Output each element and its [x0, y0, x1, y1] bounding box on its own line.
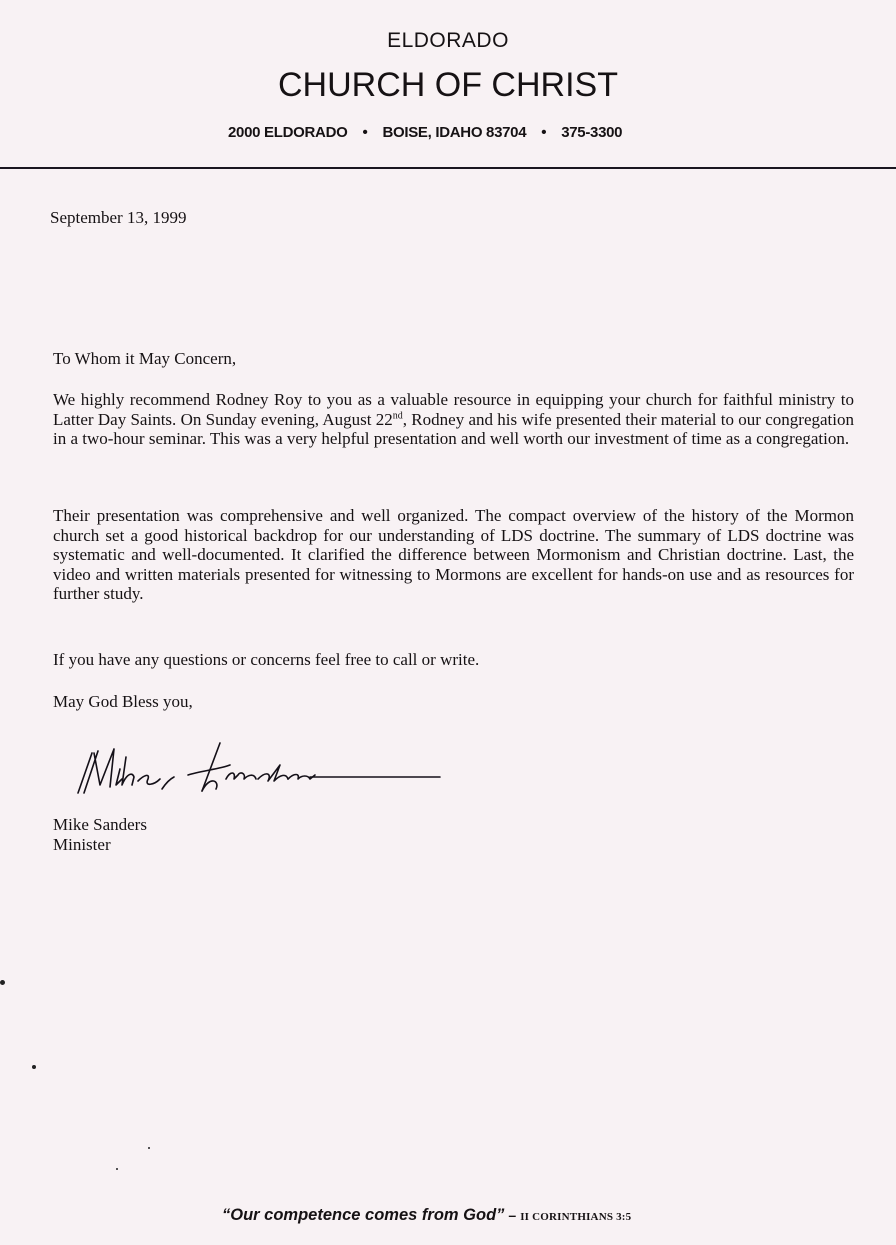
motto-dash: – [508, 1207, 516, 1223]
letterhead-church-name: CHURCH OF CHRIST [0, 66, 896, 105]
scan-speck [116, 1168, 118, 1170]
letterhead-divider [0, 167, 896, 169]
bullet-separator: • [362, 124, 367, 141]
signature-icon [70, 735, 450, 810]
ordinal-suffix: nd [393, 410, 403, 421]
paragraph-presentation: Their presentation was comprehensive and… [53, 506, 854, 604]
closing: May God Bless you, [53, 692, 854, 712]
scan-speck [0, 980, 5, 985]
paragraph-recommendation: We highly recommend Rodney Roy to you as… [53, 390, 854, 449]
paragraph-contact: If you have any questions or concerns fe… [53, 650, 854, 670]
signer-title: Minister [53, 835, 147, 855]
signer-name: Mike Sanders [53, 815, 147, 835]
letterhead-eldorado: ELDORADO [0, 29, 896, 53]
scripture-reference: II CORINTHIANS 3:5 [520, 1211, 631, 1223]
scan-speck [32, 1065, 36, 1069]
salutation: To Whom it May Concern, [53, 349, 854, 369]
motto-quote: “Our competence comes from God” [222, 1206, 504, 1224]
signer-block: Mike Sanders Minister [53, 815, 147, 855]
footer-motto: “Our competence comes from God”–II CORIN… [222, 1206, 631, 1225]
bullet-separator: • [541, 124, 546, 141]
letterhead-city: BOISE, IDAHO 83704 [382, 124, 526, 141]
scan-speck [148, 1147, 150, 1149]
letterhead-address-line: 2000 ELDORADO•BOISE, IDAHO 83704•375-330… [228, 124, 622, 141]
letter-date: September 13, 1999 [50, 208, 186, 228]
letterhead-street: 2000 ELDORADO [228, 124, 347, 141]
letterhead-phone: 375-3300 [561, 124, 622, 141]
